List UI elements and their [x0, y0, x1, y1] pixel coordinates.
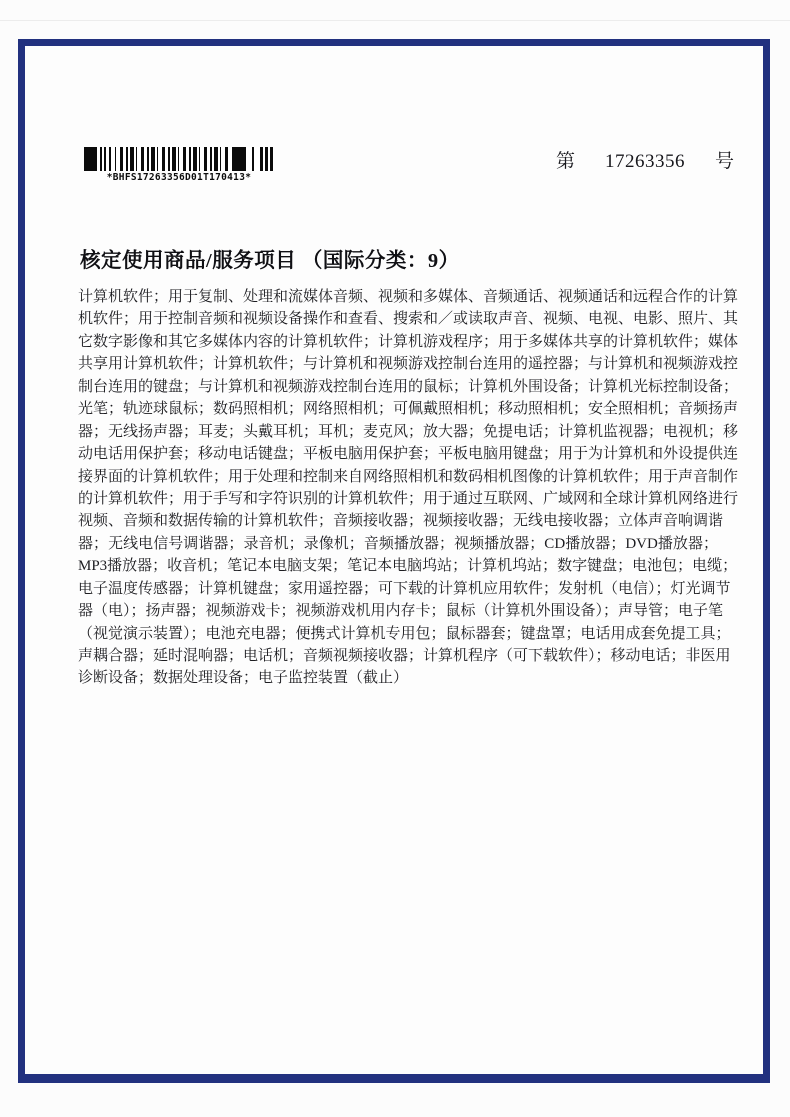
goods-services-line: 光笔；轨迹球鼠标；数码照相机；网络照相机；可佩戴照相机；移动照相机；安全照相机；…: [78, 398, 718, 420]
goods-services-line: 共享用计算机软件；计算机软件；与计算机和视频游戏控制台连用的遥控器；与计算机和视…: [78, 353, 718, 375]
barcode: *BHFS17263356D01T170413*: [84, 147, 274, 183]
goods-services-line: （视觉演示装置）；电池充电器；便携式计算机专用包；鼠标器套；键盘罩；电话用成套免…: [78, 623, 718, 645]
goods-services-line: 视频、音频和数据传输的计算机软件；音频接收器；视频接收器；无线电接收器；立体声音…: [78, 510, 718, 532]
certificate-page: *BHFS17263356D01T170413* 第 17263356 号 核定…: [0, 0, 790, 1117]
goods-services-line: 的计算机软件；用于手写和字符识别的计算机软件；用于通过互联网、广域网和全球计算机…: [78, 488, 718, 510]
goods-services-line: 器；无线电信号调谐器；录音机；录像机；音频播放器；视频播放器；CD播放器；DVD…: [78, 533, 718, 555]
goods-services-line: 声耦合器；延时混响器；电话机；音频视频接收器；计算机程序（可下载软件）；移动电话…: [78, 645, 718, 667]
barcode-label: *BHFS17263356D01T170413*: [84, 172, 274, 183]
goods-services-line: 器；无线扬声器；耳麦；头戴耳机；耳机；麦克风；放大器；免提电话；计算机监视器；电…: [78, 421, 718, 443]
goods-services-line: 接界面的计算机软件；用于处理和控制来自网络照相机和数码相机图像的计算机软件；用于…: [78, 466, 718, 488]
goods-services-line: 器（电）；扬声器；视频游戏卡；视频游戏机用内存卡；鼠标（计算机外围设备）；声导管…: [78, 600, 718, 622]
goods-services-line: 计算机软件；用于复制、处理和流媒体音频、视频和多媒体、音频通话、视频通话和远程合…: [78, 286, 718, 308]
certificate-number-suffix: 号: [715, 146, 734, 173]
scan-artifact-line: [0, 20, 790, 21]
goods-services-line: 机软件；用于控制音频和视频设备操作和查看、搜索和／或读取声音、视频、电视、电影、…: [78, 308, 718, 330]
goods-services-line: 电子温度传感器；计算机键盘；家用遥控器；可下载的计算机应用软件；发射机（电信）；…: [78, 578, 718, 600]
certificate-number: 第 17263356 号: [556, 146, 734, 173]
goods-services-line: 诊断设备；数据处理设备；电子监控装置（截止）: [78, 667, 718, 689]
approved-goods-heading: 核定使用商品/服务项目 （国际分类：9）: [80, 243, 460, 273]
goods-services-line: 制台连用的键盘；与计算机和视频游戏控制台连用的鼠标；计算机外围设备；计算机光标控…: [78, 376, 718, 398]
goods-services-line: 它数字影像和其它多媒体内容的计算机软件；计算机游戏程序；用于多媒体共享的计算机软…: [78, 331, 718, 353]
goods-services-line: MP3播放器；收音机；笔记本电脑支架；笔记本电脑坞站；计算机坞站；数字键盘；电池…: [78, 555, 718, 577]
goods-services-list: 计算机软件；用于复制、处理和流媒体音频、视频和多媒体、音频通话、视频通话和远程合…: [78, 286, 718, 690]
certificate-number-value: 17263356: [605, 151, 685, 173]
certificate-number-prefix: 第: [556, 146, 575, 173]
barcode-bars-icon: [84, 147, 274, 171]
goods-services-line: 动电话用保护套；移动电话键盘；平板电脑用保护套；平板电脑用键盘；用于为计算机和外…: [78, 443, 718, 465]
